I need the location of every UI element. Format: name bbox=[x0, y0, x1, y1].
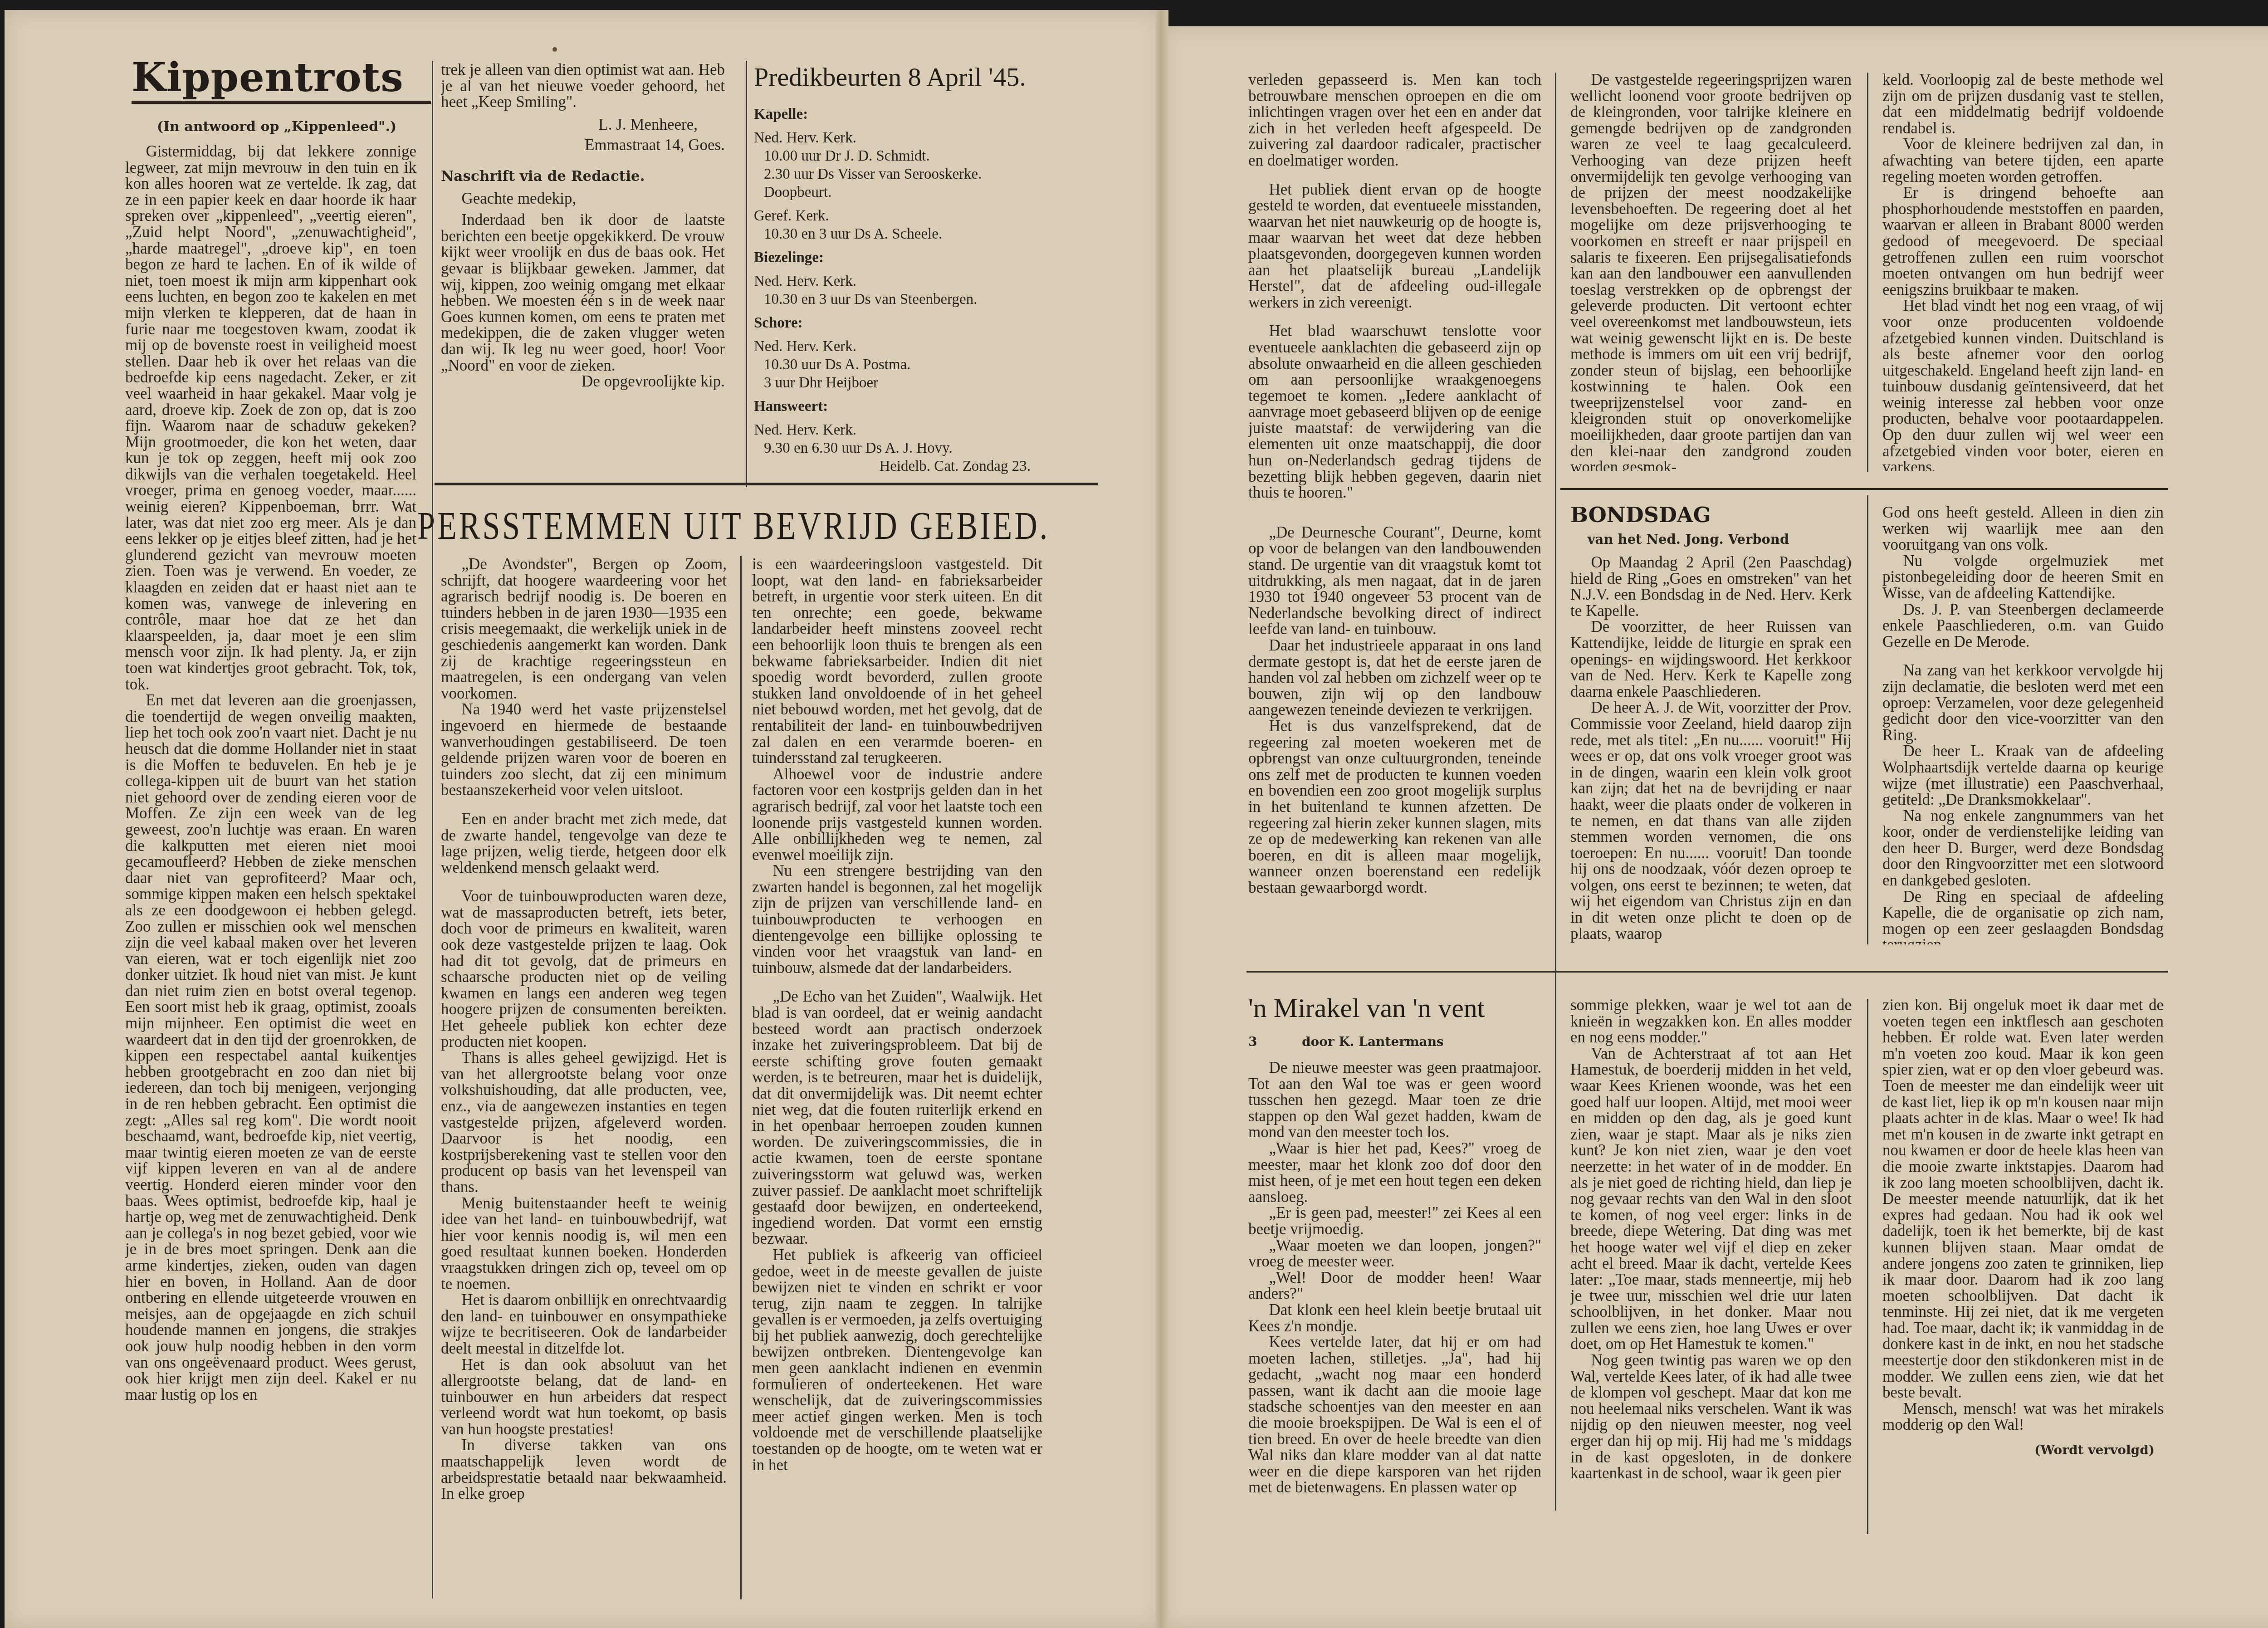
church-name: Geref. Kerk. bbox=[754, 207, 1080, 225]
paragraph: Voor de tuinbouwproducten waren deze, wa… bbox=[441, 888, 727, 1050]
church-name: Ned. Herv. Kerk. bbox=[754, 272, 1080, 290]
place-name: Biezelinge: bbox=[754, 249, 1080, 267]
paragraph: De nieuwe meester was geen praatmajoor. … bbox=[1248, 1060, 1541, 1140]
paragraph: De heer L. Kraak van de afdeeling Wolpha… bbox=[1882, 743, 2164, 807]
predikbeurten-title: Predikbeurten 8 April '45. bbox=[754, 62, 1026, 92]
paragraph: „Er is geen pad, meester!" zei Kees al e… bbox=[1248, 1205, 1541, 1237]
paragraph: Dat klonk een heel klein beetje brutaal … bbox=[1248, 1302, 1541, 1334]
paragraph: Voor de kleinere bedrijven zal dan, in a… bbox=[1882, 136, 2164, 185]
column-rule bbox=[1867, 73, 1868, 472]
persstemmen-continued-column-1: verleden gepasseerd is. Men kan toch bet… bbox=[1248, 72, 1541, 936]
paragraph: is een waardeeringsloon vastgesteld. Dit… bbox=[752, 556, 1042, 766]
kippentrots-column-1: Gistermiddag, bij dat lekkere zonnige le… bbox=[125, 143, 416, 1599]
paragraph: „De Echo van het Zuiden", Waalwijk. Het … bbox=[752, 988, 1042, 1247]
mirakel-column-1: De nieuwe meester was geen praatmajoor. … bbox=[1248, 1060, 1541, 1518]
paragraph: „Wel! Door de modder heen! Waar anders?" bbox=[1248, 1270, 1541, 1302]
bondsdag-title: BONDSDAG bbox=[1570, 503, 1711, 527]
signature-name: L. J. Menheere, bbox=[441, 117, 725, 133]
paragraph: Op Maandag 2 April (2en Paaschdag) hield… bbox=[1570, 554, 1852, 619]
service-time: 2.30 uur Ds Visser van Serooskerke. bbox=[754, 165, 1080, 183]
service-time: 10.30 en 3 uur Ds van Steenbergen. bbox=[754, 290, 1080, 308]
persstemmen-column-1: „De Avondster", Bergen op Zoom, schrijft… bbox=[441, 556, 727, 1599]
paragraph: Gistermiddag, bij dat lekkere zonnige le… bbox=[125, 143, 416, 692]
paragraph: De heer A. J. de Wit, voorzitter der Pro… bbox=[1570, 699, 1852, 942]
paragraph: Het publiek is afkeerig van officieel ge… bbox=[752, 1247, 1042, 1473]
column-rule bbox=[740, 556, 742, 1599]
column-rule bbox=[1555, 73, 1556, 1511]
paragraph: In diverse takken van ons maatschappelij… bbox=[441, 1437, 727, 1501]
paragraph: God ons heeft gesteld. Alleen in dien zi… bbox=[1882, 504, 2164, 553]
persstemmen-continued-column-2: De vastgestelde regeeringsprijzen waren … bbox=[1570, 72, 1852, 471]
paragraph: Alhoewel voor de industrie andere factor… bbox=[752, 766, 1042, 863]
paragraph: „De Deurnesche Courant", Deurne, komt op… bbox=[1248, 524, 1541, 637]
paragraph: Het publiek dient ervan op de hoogte ges… bbox=[1248, 181, 1541, 311]
ink-dot bbox=[552, 47, 557, 52]
paragraph: Daar het industrieele apparaat in ons la… bbox=[1248, 637, 1541, 718]
section-divider bbox=[1246, 971, 2168, 973]
postscript-signoff: De opgevroolijkte kip. bbox=[441, 373, 725, 390]
paragraph: Menig buitenstaander heeft te weinig ide… bbox=[441, 1195, 727, 1292]
paragraph: Mensch, mensch! wat was het mirakels mod… bbox=[1882, 1401, 2164, 1433]
paragraph: sommige plekken, waar je wel tot aan de … bbox=[1570, 997, 1852, 1046]
column-rule bbox=[1867, 999, 1868, 1534]
episode-number: 3 bbox=[1248, 1034, 1257, 1049]
bondsdag-subtitle: van het Ned. Jong. Verbond bbox=[1570, 532, 1806, 547]
postscript-heading: Naschrift via de Redactie. bbox=[441, 169, 725, 185]
paragraph: Het is daarom onbillijk en onrechtvaardi… bbox=[441, 1292, 727, 1356]
bondsdag-column-1: Op Maandag 2 April (2en Paaschdag) hield… bbox=[1570, 554, 1852, 944]
paragraph: Een en ander bracht met zich mede, dat d… bbox=[441, 811, 727, 875]
persstemmen-continued-column-3: keld. Voorloopig zal de beste methode we… bbox=[1882, 72, 2164, 471]
predikbeurten-list: Kapelle: Ned. Herv. Kerk. 10.00 uur Dr J… bbox=[754, 100, 1080, 475]
service-time: 10.30 uur Ds A. Postma. bbox=[754, 356, 1080, 374]
page-fold bbox=[1156, 10, 1168, 1628]
postscript-salutation: Geachte medekip, bbox=[441, 191, 725, 207]
church-name: Ned. Herv. Kerk. bbox=[754, 421, 1080, 439]
service-time: 3 uur Dhr Heijboer bbox=[754, 374, 1080, 392]
paragraph: Het is dus vanzelfsprekend, dat de regee… bbox=[1248, 718, 1541, 896]
paragraph: Na zang van het kerkkoor vervolgde hij z… bbox=[1882, 662, 2164, 743]
mirakel-column-3: zien kon. Bij ongeluk moet ik daar met d… bbox=[1882, 997, 2164, 1519]
persstemmen-title: PERSSTEMMEN UIT BEVRIJD GEBIED. bbox=[417, 504, 1050, 549]
paragraph: Er is dringend behoefte aan phosphorhoud… bbox=[1882, 185, 2164, 298]
section-divider bbox=[1560, 488, 2168, 490]
signature-address: Emmastraat 14, Goes. bbox=[441, 137, 725, 153]
section-divider bbox=[435, 483, 1098, 485]
bondsdag-column-2: God ons heeft gesteld. Alleen in dien zi… bbox=[1882, 504, 2164, 944]
paragraph: Thans is alles geheel gewijzigd. Het is … bbox=[441, 1050, 727, 1195]
paragraph: Ds. J. P. van Steenbergen declameerde en… bbox=[1882, 601, 2164, 650]
catechism-note: Heidelb. Cat. Zondag 23. bbox=[754, 457, 1080, 475]
paragraph: „Waar is hier het pad, Kees?" vroeg de m… bbox=[1248, 1140, 1541, 1205]
paragraph: De voorzitter, de heer Ruissen van Katte… bbox=[1570, 619, 1852, 699]
title-underline bbox=[132, 101, 431, 104]
kippentrots-column-2: trek je alleen van dien optimist wat aan… bbox=[441, 62, 725, 488]
service-time: 10.00 uur Dr J. D. Schmidt. bbox=[754, 147, 1080, 165]
mirakel-column-2: sommige plekken, waar je wel tot aan de … bbox=[1570, 997, 1852, 1519]
article-title-kippentrots: Kippentrots bbox=[132, 54, 404, 101]
service-time: 10.30 en 3 uur Ds A. Scheele. bbox=[754, 225, 1080, 243]
service-note: Doopbeurt. bbox=[754, 183, 1080, 201]
column-rule bbox=[746, 61, 747, 487]
church-name: Ned. Herv. Kerk. bbox=[754, 337, 1080, 356]
article-subtitle-kippentrots: (In antwoord op „Kippenleed".) bbox=[150, 119, 404, 135]
service-time: 9.30 en 6.30 uur Ds A. J. Hovy. bbox=[754, 439, 1080, 457]
paragraph: Het blad vindt het nog een vraag, of wij… bbox=[1882, 298, 2164, 471]
paragraph: Na nog enkele zangnummers van het koor, … bbox=[1882, 808, 2164, 889]
paragraph: verleden gepasseerd is. Men kan toch bet… bbox=[1248, 72, 1541, 169]
mirakel-title: 'n Mirakel van 'n vent bbox=[1248, 992, 1485, 1024]
church-name: Ned. Herv. Kerk. bbox=[754, 129, 1080, 147]
column-rule bbox=[432, 61, 433, 1599]
paragraph: zien kon. Bij ongeluk moet ik daar met d… bbox=[1882, 997, 2164, 1401]
paragraph: De Ring en speciaal de afdeeling Kapelle… bbox=[1882, 889, 2164, 944]
place-name: Kapelle: bbox=[754, 105, 1080, 123]
paragraph: Nog geen twintig pas waren we op den Wal… bbox=[1570, 1352, 1852, 1481]
paragraph: keld. Voorloopig zal de beste methode we… bbox=[1882, 72, 2164, 136]
continued-note: (Wordt vervolgd) bbox=[1882, 1442, 2164, 1458]
place-name: Hansweert: bbox=[754, 397, 1080, 416]
paragraph: „Waar moeten we dan loopen, jongen?" vro… bbox=[1248, 1237, 1541, 1270]
paragraph: Het is dan ook absoluut van het allergro… bbox=[441, 1357, 727, 1437]
paragraph: trek je alleen van dien optimist wat aan… bbox=[441, 62, 725, 110]
paragraph: „De Avondster", Bergen op Zoom, schrijft… bbox=[441, 556, 727, 701]
paragraph: Van de Achterstraat af tot aan Het Hames… bbox=[1570, 1046, 1852, 1352]
paragraph: Het blad waarschuwt tenslotte voor event… bbox=[1248, 323, 1541, 501]
paragraph: Nu volgde orgelmuziek met pistonbegeleid… bbox=[1882, 553, 2164, 601]
place-name: Schore: bbox=[754, 314, 1080, 332]
paragraph: Kees vertelde later, dat hij er om had m… bbox=[1248, 1334, 1541, 1496]
column-rule bbox=[1867, 495, 1868, 944]
paragraph: Nu een strengere bestrijding van den zwa… bbox=[752, 863, 1042, 976]
postscript-body: Inderdaad ben ik door de laatste bericht… bbox=[441, 212, 725, 373]
paragraph: Na 1940 werd het vaste prijzenstelsel in… bbox=[441, 701, 727, 798]
paragraph: En met dat leveren aan die groenjassen, … bbox=[125, 692, 416, 1403]
persstemmen-column-2: is een waardeeringsloon vastgesteld. Dit… bbox=[752, 556, 1042, 1599]
mirakel-author: door K. Lantermans bbox=[1302, 1034, 1444, 1049]
paragraph: De vastgestelde regeeringsprijzen waren … bbox=[1570, 72, 1852, 471]
